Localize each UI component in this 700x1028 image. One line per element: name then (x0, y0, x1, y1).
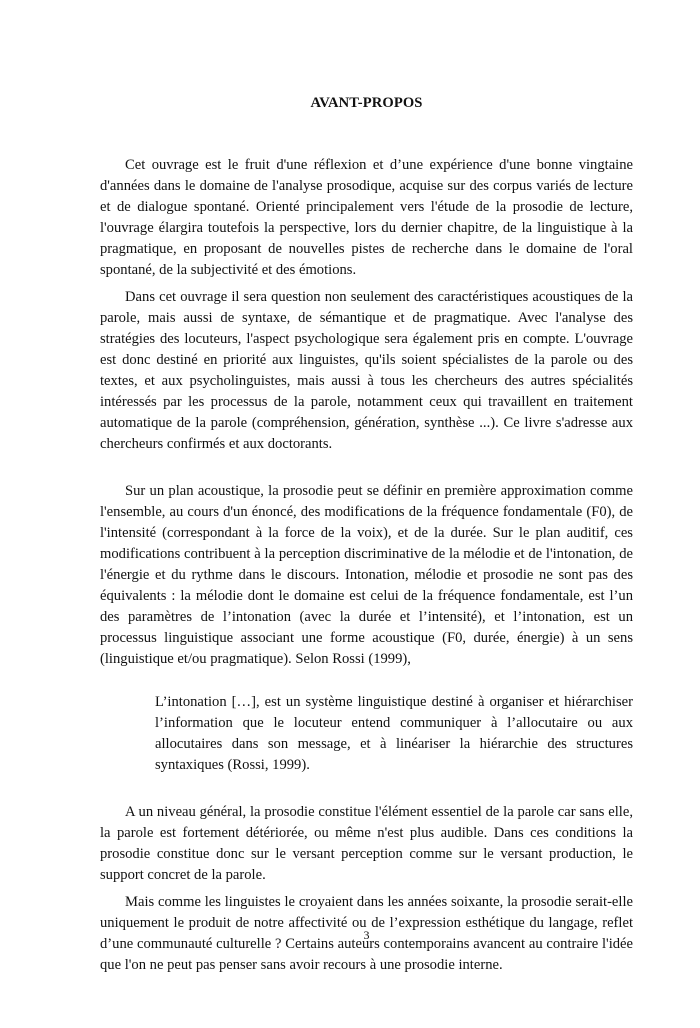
body-text: Cet ouvrage est le fruit d'une réflexion… (100, 155, 633, 976)
page-title: AVANT-PROPOS (100, 93, 633, 114)
paragraph-intro: Cet ouvrage est le fruit d'une réflexion… (100, 155, 633, 281)
block-quote: L’intonation […], est un système linguis… (155, 692, 633, 776)
paragraph-audience: Dans cet ouvrage il sera question non se… (100, 287, 633, 455)
page-number: 3 (100, 925, 633, 946)
paragraph-acoustic-definition: Sur un plan acoustique, la prosodie peut… (100, 481, 633, 670)
paragraph-general-level: A un niveau général, la prosodie constit… (100, 802, 633, 886)
